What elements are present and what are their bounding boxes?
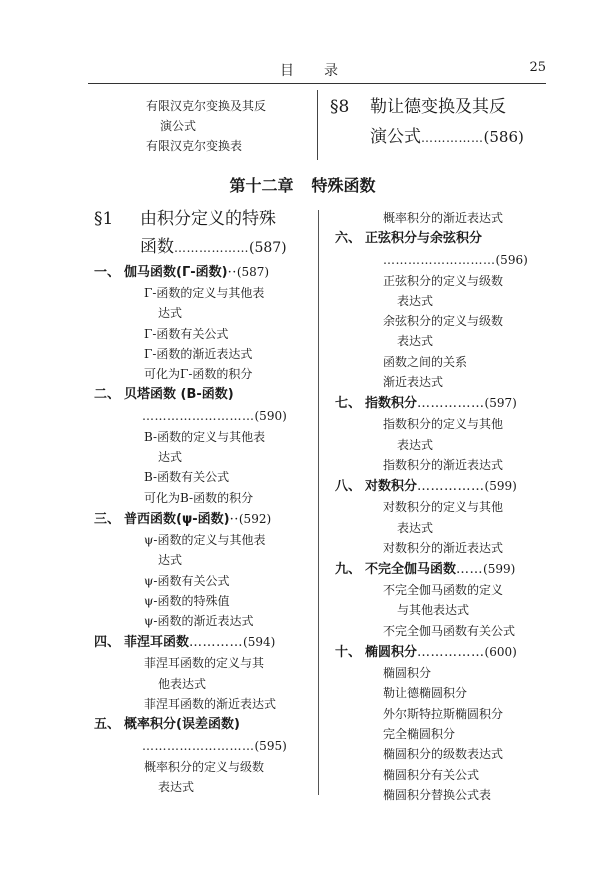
- toc-item[interactable]: Γ-函数的渐近表达式: [94, 344, 310, 364]
- toc-item[interactable]: 表达式: [94, 777, 310, 797]
- toc-item[interactable]: 表达式: [335, 291, 550, 311]
- toc-dots-line[interactable]: ………………………(590): [94, 406, 310, 426]
- subsection-number: 四、: [94, 632, 124, 654]
- leader-dots: ··: [230, 512, 239, 527]
- toc-item[interactable]: 菲涅耳函数的渐近表达式: [94, 694, 310, 714]
- toc-item[interactable]: 达式: [94, 447, 310, 467]
- toc-item[interactable]: 余弦积分的定义与级数: [335, 311, 550, 331]
- section-title-cont: 函数: [140, 237, 174, 257]
- toc-item[interactable]: Γ-函数有关公式: [94, 324, 310, 344]
- toc-item[interactable]: 有限汉克尔变换表: [146, 136, 266, 156]
- toc-item[interactable]: ψ-函数的定义与其他表: [94, 530, 310, 550]
- subsection-title: 菲涅耳函数: [124, 635, 189, 650]
- page-header-title: 目录: [280, 60, 340, 80]
- page-ref: (597): [485, 396, 517, 410]
- toc-item[interactable]: 完全椭圆积分: [335, 724, 550, 744]
- page-ref: (599): [485, 479, 517, 493]
- subsection-number: 七、: [335, 393, 365, 415]
- toc-subsection-elliptic-integral[interactable]: 十、椭圆积分……………(600): [335, 641, 550, 663]
- toc-item[interactable]: 渐近表达式: [335, 372, 550, 392]
- toc-item[interactable]: 可化为Γ-函数的积分: [94, 364, 310, 384]
- page-ref: (592): [239, 512, 271, 526]
- toc-item[interactable]: 有限汉克尔变换及其反: [146, 96, 266, 116]
- chapter-title: 第十二章特殊函数: [0, 173, 605, 196]
- toc-dots-line[interactable]: ………………………(595): [94, 736, 310, 756]
- section-title: 由积分定义的特殊: [140, 209, 276, 229]
- toc-item[interactable]: 达式: [94, 303, 310, 323]
- toc-item[interactable]: 与其他表达式: [335, 600, 550, 620]
- toc-item[interactable]: 外尔斯特拉斯椭圆积分: [335, 704, 550, 724]
- toc-item[interactable]: 椭圆积分: [335, 663, 550, 683]
- subsection-number: 十、: [335, 642, 365, 664]
- chapter-number: 第十二章: [229, 176, 293, 195]
- toc-subsection-probability-integral[interactable]: 五、概率积分(误差函数): [94, 714, 310, 736]
- leader-dots: ………………………: [142, 409, 255, 423]
- toc-right-column: 概率积分的渐近表达式 六、正弦积分与余弦积分 ………………………(596) 正弦…: [335, 208, 550, 805]
- toc-item[interactable]: 指数积分的渐近表达式: [335, 455, 550, 475]
- subsection-number: 二、: [94, 384, 124, 406]
- subsection-number: 九、: [335, 559, 365, 581]
- section-number: §8: [330, 92, 370, 122]
- toc-subsection-incomplete-gamma[interactable]: 九、不完全伽马函数……(599): [335, 558, 550, 580]
- top-left-items: 有限汉克尔变换及其反 演公式 有限汉克尔变换表: [146, 96, 266, 156]
- page-ref: (590): [255, 409, 287, 423]
- leader-dots: …………: [189, 635, 243, 650]
- toc-subsection-logarithmic-integral[interactable]: 八、对数积分……………(599): [335, 475, 550, 497]
- subsection-title: 普西函数(ψ-函数): [124, 512, 230, 527]
- subsection-title: 不完全伽马函数: [365, 562, 456, 577]
- toc-item[interactable]: 他表达式: [94, 674, 310, 694]
- toc-item[interactable]: B-函数的定义与其他表: [94, 427, 310, 447]
- toc-item[interactable]: 对数积分的定义与其他: [335, 497, 550, 517]
- toc-subsection-psi[interactable]: 三、普西函数(ψ-函数)··(592): [94, 508, 310, 530]
- toc-item[interactable]: 不完全伽马函数的定义: [335, 580, 550, 600]
- toc-item[interactable]: 概率积分的渐近表达式: [335, 208, 550, 228]
- leader-dots: ……………: [421, 131, 484, 145]
- subsection-number: 六、: [335, 228, 365, 250]
- leader-dots: ……………: [417, 645, 485, 660]
- toc-item[interactable]: 椭圆积分替换公式表: [335, 785, 550, 805]
- toc-left-column: §1由积分定义的特殊 函数………………(587) 一、伽马函数(Γ-函数)··(…: [94, 205, 310, 797]
- column-divider-top: [317, 90, 318, 160]
- subsection-title: 指数积分: [365, 396, 417, 411]
- toc-item[interactable]: 表达式: [335, 435, 550, 455]
- toc-item[interactable]: 椭圆积分的级数表达式: [335, 744, 550, 764]
- toc-item[interactable]: 正弦积分的定义与级数: [335, 271, 550, 291]
- toc-section-8[interactable]: §8勒让德变换及其反 演公式……………(586): [330, 92, 524, 153]
- leader-dots: ··: [228, 265, 237, 280]
- toc-item[interactable]: B-函数有关公式: [94, 467, 310, 487]
- page-header: 目录 25: [88, 58, 546, 82]
- toc-subsection-exponential-integral[interactable]: 七、指数积分……………(597): [335, 392, 550, 414]
- toc-item[interactable]: 函数之间的关系: [335, 352, 550, 372]
- subsection-title: 椭圆积分: [365, 645, 417, 660]
- toc-subsection-beta[interactable]: 二、贝塔函数 (B-函数): [94, 384, 310, 406]
- page-ref: (600): [485, 645, 517, 659]
- leader-dots: ………………………: [383, 253, 496, 267]
- page-ref: (587): [249, 240, 287, 256]
- header-rule: [88, 83, 546, 84]
- toc-dots-line[interactable]: ………………………(596): [335, 250, 550, 270]
- toc-item[interactable]: 指数积分的定义与其他: [335, 414, 550, 434]
- header-title-char: 录: [324, 60, 340, 80]
- toc-subsection-fresnel[interactable]: 四、菲涅耳函数…………(594): [94, 631, 310, 653]
- leader-dots: ……………: [417, 396, 485, 411]
- subsection-title: 贝塔函数 (B-函数): [124, 387, 234, 402]
- toc-item[interactable]: 表达式: [335, 518, 550, 538]
- leader-dots: ……: [456, 562, 483, 577]
- toc-section-1-cont[interactable]: 函数………………(587): [94, 233, 310, 261]
- toc-item[interactable]: ψ-函数的渐近表达式: [94, 611, 310, 631]
- toc-item[interactable]: 对数积分的渐近表达式: [335, 538, 550, 558]
- toc-item[interactable]: 不完全伽马函数有关公式: [335, 621, 550, 641]
- toc-item[interactable]: ψ-函数的特殊值: [94, 591, 310, 611]
- subsection-number: 三、: [94, 509, 124, 531]
- chapter-name: 特殊函数: [312, 176, 376, 195]
- toc-item[interactable]: Γ-函数的定义与其他表: [94, 283, 310, 303]
- toc-section-1[interactable]: §1由积分定义的特殊: [94, 205, 310, 233]
- subsection-title: 对数积分: [365, 479, 417, 494]
- toc-item[interactable]: 可化为B-函数的积分: [94, 488, 310, 508]
- section-title-cont: 演公式: [370, 127, 421, 147]
- toc-subsection-gamma[interactable]: 一、伽马函数(Γ-函数)··(587): [94, 261, 310, 283]
- page-ref: (594): [243, 635, 275, 649]
- toc-item[interactable]: ψ-函数有关公式: [94, 571, 310, 591]
- toc-item[interactable]: 表达式: [335, 331, 550, 351]
- page-number: 25: [529, 60, 546, 75]
- page-ref: (595): [255, 739, 287, 753]
- subsection-number: 一、: [94, 262, 124, 284]
- toc-item[interactable]: 椭圆积分有关公式: [335, 765, 550, 785]
- toc-item[interactable]: 勒让德椭圆积分: [335, 683, 550, 703]
- section-number: §1: [94, 205, 140, 233]
- toc-item[interactable]: 达式: [94, 550, 310, 570]
- toc-item[interactable]: 菲涅耳函数的定义与其: [94, 653, 310, 673]
- toc-item[interactable]: 演公式: [146, 116, 266, 136]
- leader-dots: ……………: [417, 479, 485, 494]
- column-divider: [318, 210, 319, 795]
- subsection-title: 伽马函数(Γ-函数): [124, 265, 228, 280]
- page-ref: (599): [483, 562, 515, 576]
- header-title-char: 目: [280, 60, 296, 80]
- subsection-title: 概率积分(误差函数): [124, 717, 240, 732]
- leader-dots: ………………: [174, 241, 249, 255]
- subsection-title: 正弦积分与余弦积分: [365, 231, 482, 246]
- subsection-number: 八、: [335, 476, 365, 498]
- page-ref: (596): [496, 253, 528, 267]
- toc-item[interactable]: 概率积分的定义与级数: [94, 757, 310, 777]
- page-ref: (587): [237, 265, 269, 279]
- page-ref: (586): [484, 128, 524, 146]
- toc-subsection-sine-cosine-integral[interactable]: 六、正弦积分与余弦积分: [335, 228, 550, 250]
- section-title: 勒让德变换及其反: [370, 97, 506, 117]
- subsection-number: 五、: [94, 714, 124, 736]
- leader-dots: ………………………: [142, 739, 255, 753]
